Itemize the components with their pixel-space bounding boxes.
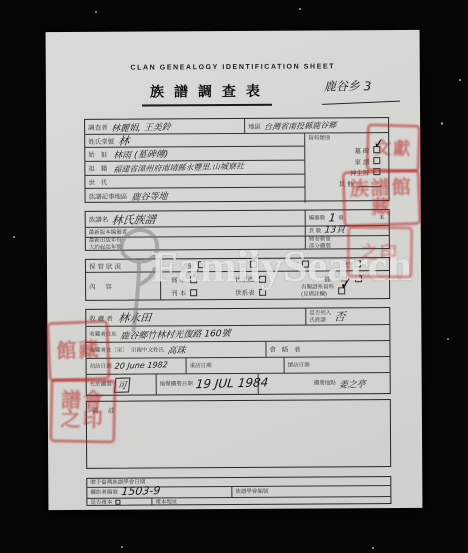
row-founder: 始 祖 林雨 (墓碑傳) [85, 147, 304, 162]
cell-publication-year: 最新出版年份 大約起迄年間 [86, 237, 306, 250]
volumes-label: 編纂數 [309, 215, 326, 221]
film-place-label: 攝製地點 [314, 380, 336, 386]
cell-surveyor: 調查者 林麗娟, 王美鈴 [85, 119, 245, 134]
pages-value: 13頁 [324, 222, 346, 236]
film-date-value: 19 JUL 1984 [195, 377, 196, 391]
followup-label: 續訪日期 [288, 362, 310, 368]
cell-film-date: 縮微攝製日期 19 JUL 1984 [157, 374, 259, 395]
film-place-value: 姜之亭 [338, 376, 366, 390]
category-header: 資料類別 [308, 135, 330, 141]
content-pedigree-table: 世系表 [235, 288, 267, 297]
cell-revisit: 重訪日期 [187, 358, 285, 374]
first-visit-value: 20 June 1982 [114, 362, 115, 371]
cell-editor: 最新版本編纂者 [86, 227, 306, 237]
document: CLAN GENEALOGY IDENTIFICATION SHEET 族譜調查… [46, 30, 423, 510]
cell-society-number: 族譜學會編號 [232, 486, 390, 497]
row-content: 內 容 寫 本 ✓ 世系圖 插 圖 刊 [86, 271, 389, 300]
content-related-records: 有關譜系資料 (見備註欄) ✓ [301, 284, 346, 297]
fair-checkbox [302, 261, 310, 269]
cell-duplicate-address: 複本地址 [152, 497, 390, 505]
red-seal-stamp: 館藏 [46, 320, 110, 382]
origin-value: 福建省漳州府南靖縣永豐里.山城寮社 [113, 161, 245, 176]
dust-speck [441, 122, 443, 125]
row-holder-clan: 收藏者在〔家〕 宗親中文姓氏 高珠 會 晤 者 [86, 341, 389, 359]
permit-value: 可 [114, 377, 130, 392]
cell-holder-clan: 收藏者在〔家〕 宗親中文姓氏 高珠 [86, 342, 266, 358]
founder-label: 始 祖 [88, 150, 109, 159]
listed-label-1: 是否列入 [309, 310, 331, 316]
publication-year-label: 最新出版年份 [89, 237, 122, 243]
holder-address-value: 鹿谷鄉竹林村光復路 160號 [119, 326, 231, 342]
photographer-number-value: 1503-9 [120, 484, 160, 498]
holder-clan-value: 高珠 [166, 343, 185, 356]
listed-value: 否 [334, 308, 347, 324]
dust-speck [95, 11, 97, 13]
page-note-text: 鹿谷乡 3 [324, 79, 372, 93]
row-surname: 姓氏堂號 林 [85, 134, 304, 148]
interviewee-label: 會 晤 者 [269, 345, 302, 354]
dust-speck [121, 546, 123, 548]
content-manuscript: 寫 本 ✓ [171, 275, 198, 284]
content-pedigree-chart: 世系圖 [235, 275, 267, 284]
content-printed: 刊 本 [171, 288, 198, 297]
red-seal-stamp: 文獻 [366, 123, 421, 173]
origin-label: 祖 籍 [88, 164, 109, 173]
pages-label: 頁 數 [309, 228, 322, 234]
surveyor-label: 調查者 [88, 122, 108, 131]
page-note-underline [322, 101, 400, 105]
row-duplicate: 是否複本 複本地址 [87, 497, 390, 506]
title-value: 林氏族譜 [110, 211, 156, 228]
manuscript-checkbox: ✓ [190, 276, 198, 284]
row-visit-dates: 初訪日期 20 June 1982 重訪日期 續訪日期 [87, 357, 390, 375]
row-holder: 收藏者 林永田 是否列入 氏族譜 否 [86, 308, 389, 327]
editor-label: 最新版本編纂者 [89, 229, 128, 235]
revisit-label: 重訪日期 [190, 363, 212, 369]
surname-label: 姓氏堂號 [88, 136, 114, 145]
row-publication: 最新出版年份 大約起迄年間 微卷數量 部分攝製 [86, 236, 389, 250]
english-title: CLAN GENEALOGY IDENTIFICATION SHEET [46, 63, 420, 72]
row-origin: 祖 籍 福建省漳州府南靖縣永豐里.山城寮社 [85, 161, 304, 176]
title-label: 族譜名 [89, 215, 109, 224]
table-holder: 收藏者 林永田 是否列入 氏族譜 否 收藏者住址 鹿谷鄉竹林村光復路 160號 [85, 307, 391, 396]
generations-label: 世 代 [88, 177, 109, 186]
content-label: 內 容 [89, 282, 116, 291]
cell-photographer-number: 攝影者編號 1503-9 [87, 487, 232, 498]
dust-speck [447, 338, 449, 340]
holder-clan-sublabel: 宗親中文姓氏 [131, 347, 164, 353]
table-condition-content: 保管狀況 優 良 ✓ 可 差 [85, 257, 390, 301]
condition-label: 保管狀況 [89, 261, 123, 270]
dust-speck [459, 79, 461, 81]
record-area-value: 鹿谷等地 [131, 189, 168, 203]
scan-frame: CLAN GENEALOGY IDENTIFICATION SHEET 族譜調查… [0, 0, 468, 553]
row-generations: 世 代 [85, 175, 304, 189]
cell-duplicate: 是否複本 [87, 499, 152, 506]
row-filming: 允許攝製 可 縮微攝製日期 19 JUL 1984 攝製地點 姜之亭 [87, 373, 390, 395]
pedigree-table-checkbox [259, 288, 267, 296]
cell-interviewee: 會 晤 者 [266, 341, 389, 357]
related-records-checkbox: ✓ [338, 287, 346, 295]
duplicate-address-label: 複本地址 [155, 499, 177, 505]
photographer-number-label: 攝影者編號 [90, 490, 118, 496]
surveyor-value: 林麗娟, 王美鈴 [110, 119, 171, 134]
notes-box: 備 註 [86, 399, 391, 469]
cell-genealogy-title: 族譜名 林氏族譜 [86, 211, 306, 227]
red-seal-stamp: 之印 [347, 226, 414, 279]
date-range-label: 大約起迄年間 [89, 244, 122, 250]
cell-holder-address: 收藏者住址 鹿谷鄉竹林村光復路 160號 [86, 325, 389, 342]
cell-holder: 收藏者 林永田 [86, 309, 306, 326]
dust-speck [299, 8, 301, 10]
duplicate-label: 是否複本 [90, 499, 112, 505]
identification-left: 姓氏堂號 林 始 祖 林雨 (墓碑傳) 祖 籍 福建省漳州府南靖縣永豐里.山城寮… [85, 134, 305, 204]
printed-checkbox [190, 289, 198, 297]
microfilm-count-label: 微卷數量 [309, 236, 331, 242]
film-date-label: 縮微攝製日期 [160, 381, 193, 387]
dust-speck [13, 236, 15, 238]
condition-good: 良 ✓ [240, 260, 259, 269]
listed-label-2: 氏族譜 [309, 317, 331, 323]
cell-film-place: 攝製地點 姜之亭 [259, 373, 390, 394]
cell-condition-label: 保管狀況 [86, 259, 161, 271]
surname-value: 林 [117, 133, 130, 149]
good-checkbox: ✓ [250, 261, 258, 269]
condition-fair: 可 [292, 260, 311, 269]
pedigree-chart-checkbox [259, 275, 267, 283]
red-seal-stamp: 譜會之印 [49, 378, 116, 443]
duplicate-checkbox [115, 499, 121, 505]
table-archive-numbers: 贈予臺灣族譜學會日期 攝影者編號 1503-9 族譜學會編號 是否複本 複 [86, 476, 391, 506]
partial-filming-label: 部分攝製 [309, 243, 331, 249]
page-note: 鹿谷乡 3 [324, 77, 416, 96]
chinese-title: 族譜調查表 [142, 81, 272, 107]
dust-speck [372, 547, 374, 549]
red-seal-stamp: 族譜館藏 [342, 169, 422, 227]
holder-value: 林永田 [117, 309, 152, 326]
area-label: 地區 [248, 121, 261, 130]
cell-content-label: 內 容 [86, 272, 161, 299]
cell-listed: 是否列入 氏族譜 否 [306, 308, 389, 325]
row-record-area: 族譜記事地區 鹿谷等地 [86, 188, 305, 204]
record-area-label: 族譜記事地區 [89, 192, 128, 201]
society-number-label: 族譜學會編號 [235, 489, 268, 495]
founder-value: 林雨 (墓碑傳) [112, 147, 168, 161]
cell-followup-visit: 續訪日期 [285, 357, 390, 373]
row-holder-address: 收藏者住址 鹿谷鄉竹林村光復路 160號 [86, 325, 389, 343]
area-value: 台灣省南投縣鹿谷鄉 [264, 119, 337, 132]
